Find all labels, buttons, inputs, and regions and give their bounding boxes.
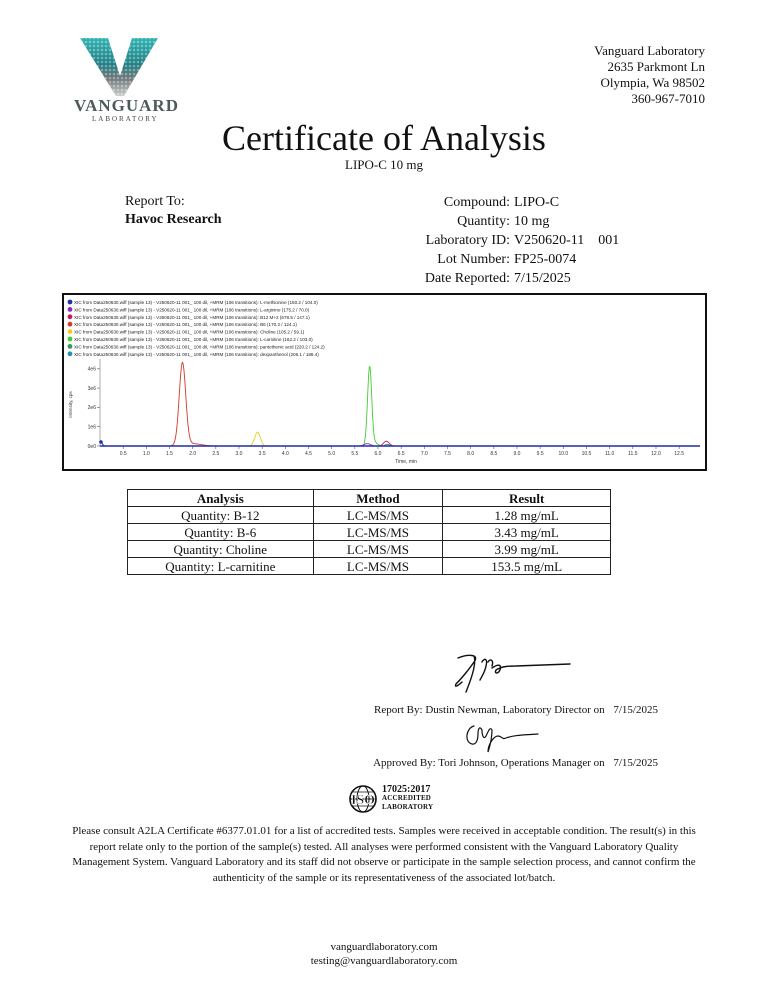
svg-text:0.5: 0.5	[120, 451, 127, 457]
info-label: Lot Number:	[380, 250, 514, 269]
disclaimer-text: Please consult A2LA Certificate #6377.01…	[62, 824, 706, 886]
approved-by-text: Approved By: Tori Johnson, Operations Ma…	[373, 757, 605, 769]
svg-text:2e6: 2e6	[88, 405, 97, 411]
svg-text:Time, min: Time, min	[395, 459, 417, 465]
info-label: Laboratory ID:	[380, 231, 514, 250]
legend-entry: XIC from Data250630.wiff (sample 13) - V…	[74, 322, 297, 327]
signature-dustin-newman	[452, 652, 572, 699]
iso-line2: LABORATORY	[382, 803, 433, 812]
legend-entry: XIC from Data250630.wiff (sample 13) - V…	[74, 330, 305, 335]
svg-text:1.0: 1.0	[143, 451, 150, 457]
legend-entry: XIC from Data250630.wiff (sample 13) - V…	[74, 307, 310, 312]
iso-accreditation-badge: ISO 17025:2017 ACCREDITED LABORATORY	[345, 784, 441, 814]
chromatogram-trace	[100, 367, 700, 446]
table-row: Quantity: L-carnitine LC-MS/MS 153.5 mg/…	[128, 558, 611, 575]
legend-entry: XIC from Data250630.wiff (sample 13) - V…	[74, 337, 313, 342]
svg-text:8.5: 8.5	[490, 451, 497, 457]
svg-text:2.5: 2.5	[212, 451, 219, 457]
result-cell: 153.5 mg/mL	[443, 558, 611, 575]
info-label: Compound:	[380, 193, 514, 212]
report-to-label: Report To:	[125, 193, 222, 211]
svg-text:5.5: 5.5	[351, 451, 358, 457]
svg-text:6.0: 6.0	[375, 451, 382, 457]
table-row: Quantity: Choline LC-MS/MS 3.99 mg/mL	[128, 541, 611, 558]
report-by-date: 7/15/2025	[613, 704, 658, 716]
chromatogram-chart: XIC from Data250630.wiff (sample 13) - V…	[62, 293, 707, 471]
page-subtitle: LIPO-C 10 mg	[0, 157, 768, 173]
method-cell: LC-MS/MS	[313, 507, 443, 524]
table-header-row: Analysis Method Result	[128, 490, 611, 507]
analysis-cell: Quantity: B-6	[128, 524, 314, 541]
footer: vanguardlaboratory.com testing@vanguardl…	[0, 940, 768, 968]
chromatogram-plot: XIC from Data250630.wiff (sample 13) - V…	[64, 295, 705, 469]
report-by-line: Report By: Dustin Newman, Laboratory Dir…	[374, 704, 658, 716]
column-header-analysis: Analysis	[128, 490, 314, 507]
info-value: FP25-0074	[514, 250, 576, 269]
svg-text:4e6: 4e6	[88, 367, 97, 373]
result-cell: 1.28 mg/mL	[443, 507, 611, 524]
column-header-result: Result	[443, 490, 611, 507]
approved-by-line: Approved By: Tori Johnson, Operations Ma…	[373, 757, 658, 769]
iso-standard: 17025:2017	[382, 785, 433, 794]
svg-text:12.5: 12.5	[674, 451, 684, 457]
svg-text:9.5: 9.5	[537, 451, 544, 457]
svg-text:4.5: 4.5	[305, 451, 312, 457]
logo-wordmark: VANGUARD	[74, 96, 179, 116]
iso-text: 17025:2017 ACCREDITED LABORATORY	[382, 785, 433, 812]
legend-entry: XIC from Data250630.wiff (sample 13) - V…	[74, 352, 319, 357]
address-line: 2635 Parkmont Ln	[594, 59, 705, 75]
svg-text:ISO: ISO	[351, 793, 375, 808]
info-value: 7/15/2025	[514, 269, 571, 288]
info-value: V250620-11 001	[514, 231, 619, 250]
legend-marker	[68, 344, 73, 349]
column-header-method: Method	[313, 490, 443, 507]
table-row: Quantity: B-6 LC-MS/MS 3.43 mg/mL	[128, 524, 611, 541]
analysis-cell: Quantity: L-carnitine	[128, 558, 314, 575]
svg-text:9.0: 9.0	[514, 451, 521, 457]
legend-marker	[68, 314, 73, 319]
legend-marker	[68, 300, 73, 305]
info-label: Date Reported:	[380, 269, 514, 288]
svg-text:10.5: 10.5	[582, 451, 592, 457]
client-name: Havoc Research	[125, 211, 222, 229]
report-by-text: Report By: Dustin Newman, Laboratory Dir…	[374, 704, 605, 716]
svg-text:11.0: 11.0	[605, 451, 615, 457]
svg-text:7.5: 7.5	[444, 451, 451, 457]
svg-text:0e0: 0e0	[88, 444, 97, 450]
iso-globe-icon: ISO	[345, 784, 381, 814]
legend-marker	[68, 351, 73, 356]
svg-text:3.0: 3.0	[236, 451, 243, 457]
legend-entry: XIC from Data250630.wiff (sample 13) - V…	[74, 344, 325, 349]
svg-text:1e6: 1e6	[88, 424, 97, 430]
info-row-compound: Compound: LIPO-C	[380, 193, 619, 212]
info-value: LIPO-C	[514, 193, 559, 212]
svg-text:12.0: 12.0	[651, 451, 661, 457]
footer-email: testing@vanguardlaboratory.com	[0, 954, 768, 968]
vanguard-logo: VANGUARD LABORATORY	[60, 36, 180, 126]
svg-text:11.5: 11.5	[628, 451, 638, 457]
lab-address: Vanguard Laboratory 2635 Parkmont Ln Oly…	[594, 43, 705, 107]
chromatogram-trace	[100, 362, 700, 446]
chromatogram-trace	[100, 441, 700, 446]
svg-text:3.5: 3.5	[259, 451, 266, 457]
analysis-cell: Quantity: Choline	[128, 541, 314, 558]
legend-marker	[68, 337, 73, 342]
page-title: Certificate of Analysis	[0, 118, 768, 158]
legend-entry: XIC from Data250630.wiff (sample 13) - V…	[74, 300, 318, 305]
address-line: 360-967-7010	[594, 91, 705, 107]
svg-text:Intensity, cps: Intensity, cps	[68, 391, 73, 418]
footer-website: vanguardlaboratory.com	[0, 940, 768, 954]
info-row-date-reported: Date Reported: 7/15/2025	[380, 269, 619, 288]
report-to: Report To: Havoc Research	[125, 193, 222, 229]
legend-marker	[68, 322, 73, 327]
svg-text:4.0: 4.0	[282, 451, 289, 457]
info-value: 10 mg	[514, 212, 549, 231]
result-cell: 3.43 mg/mL	[443, 524, 611, 541]
svg-text:10.0: 10.0	[558, 451, 568, 457]
table-row: Quantity: B-12 LC-MS/MS 1.28 mg/mL	[128, 507, 611, 524]
analysis-cell: Quantity: B-12	[128, 507, 314, 524]
info-row-laboratory-id: Laboratory ID: V250620-11 001	[380, 231, 619, 250]
signature-tori-johnson	[462, 720, 542, 759]
chromatogram-trace	[100, 441, 700, 446]
approved-by-date: 7/15/2025	[613, 757, 658, 769]
svg-text:1.5: 1.5	[166, 451, 173, 457]
svg-text:2.0: 2.0	[189, 451, 196, 457]
result-cell: 3.99 mg/mL	[443, 541, 611, 558]
sample-info: Compound: LIPO-C Quantity: 10 mg Laborat…	[380, 193, 619, 288]
legend-entry: XIC from Data250630.wiff (sample 13) - V…	[74, 315, 310, 320]
info-row-quantity: Quantity: 10 mg	[380, 212, 619, 231]
svg-text:5.0: 5.0	[328, 451, 335, 457]
svg-text:6.5: 6.5	[398, 451, 405, 457]
address-line: Olympia, Wa 98502	[594, 75, 705, 91]
results-table: Analysis Method Result Quantity: B-12 LC…	[127, 489, 611, 575]
svg-text:3e6: 3e6	[88, 386, 97, 392]
method-cell: LC-MS/MS	[313, 524, 443, 541]
method-cell: LC-MS/MS	[313, 558, 443, 575]
iso-line1: ACCREDITED	[382, 794, 433, 803]
info-row-lot-number: Lot Number: FP25-0074	[380, 250, 619, 269]
svg-text:8.0: 8.0	[467, 451, 474, 457]
address-line: Vanguard Laboratory	[594, 43, 705, 59]
svg-text:7.0: 7.0	[421, 451, 428, 457]
legend-marker	[68, 329, 73, 334]
method-cell: LC-MS/MS	[313, 541, 443, 558]
info-label: Quantity:	[380, 212, 514, 231]
legend-marker	[68, 307, 73, 312]
